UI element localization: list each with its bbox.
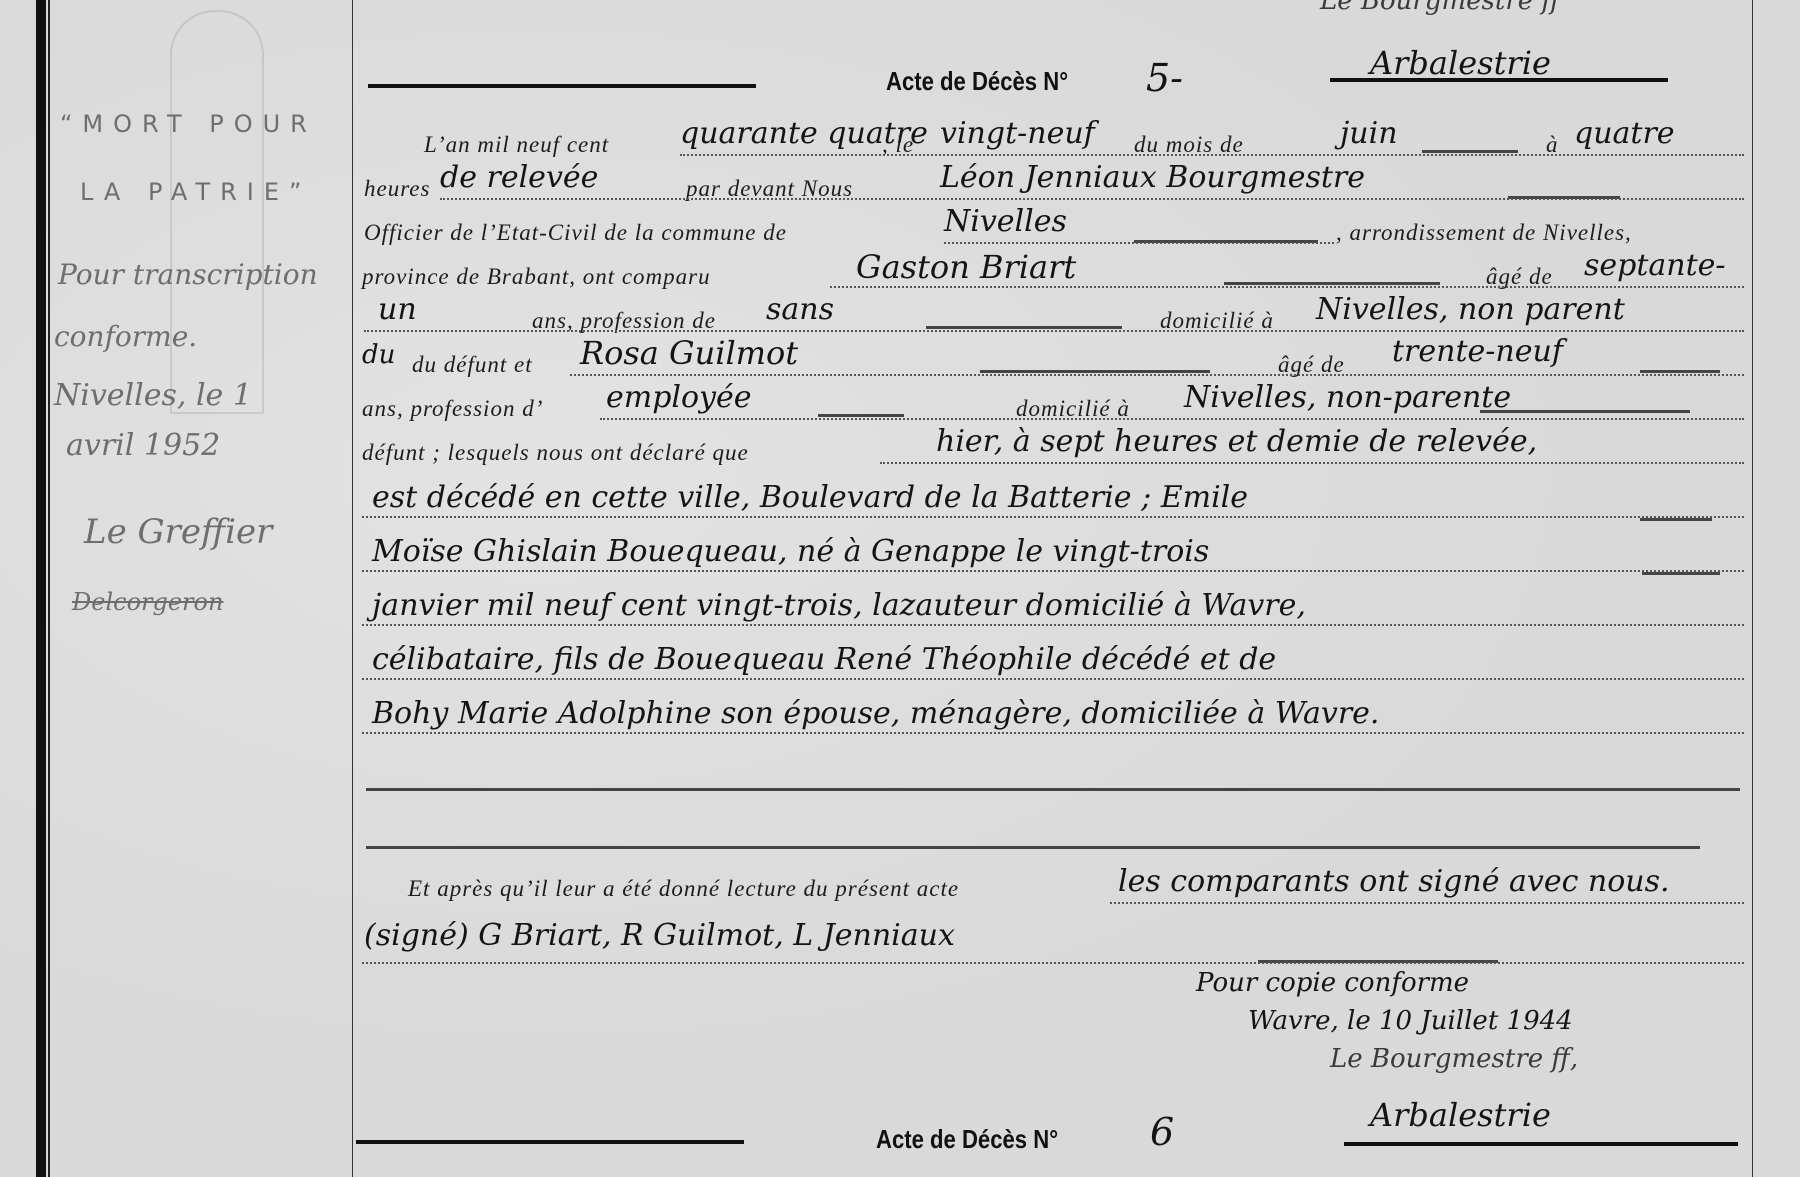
margin-line-6: avril 1952 [66,428,220,463]
printed-text: , arrondissement de Nivelles, [1336,220,1632,246]
margin-line-1: “MORT POUR [60,110,317,138]
margin-line-2: LA PATRIE” [80,178,311,206]
declarant1-domicile-handwritten: Nivelles, non parent [1316,292,1625,327]
next-heading-rule-left [356,1140,744,1144]
printed-text: L’an mil neuf cent [424,132,609,158]
dotted-line [600,418,1744,420]
dotted-line [1110,902,1744,904]
margin-line-7: Le Greffier [84,512,272,552]
dotted-line [362,570,1744,572]
body-line-4: célibataire, fils de Bouequeau René Théo… [372,642,1276,677]
dotted-line [570,374,1744,376]
dotted-line [362,624,1744,626]
declarant1-age-handwritten: septante- [1584,248,1726,283]
act-heading: Acte de Décès N° [886,66,1068,97]
document-page: Le Bourgmestre ff Arbalestrie “MORT POUR… [0,0,1800,1177]
dotted-line [362,732,1744,734]
printed-text: province de Brabant, ont comparu [362,264,711,290]
du-handwritten: du [362,340,395,370]
officer-handwritten: Léon Jenniaux Bourgmestre [940,160,1365,195]
dotted-line [362,678,1744,680]
blank-rule [366,846,1700,849]
certification-line-3: Le Bourgmestre ff, [1330,1044,1578,1074]
dotted-line [944,242,1334,244]
declarant1-name-handwritten: Gaston Briart [856,248,1076,286]
signatures-line: (signé) G Briart, R Guilmot, L Jenniaux [364,918,955,953]
fill-rule [1642,572,1720,575]
margin-annotation: “MORT POUR LA PATRIE” Pour transcription… [50,0,352,1177]
declarant1-age-cont-handwritten: un [378,292,417,327]
dotted-line [362,962,1744,964]
fill-rule [1640,370,1720,373]
blank-rule [366,788,1740,791]
dotted-line [880,462,1744,464]
declarant1-profession-handwritten: sans [766,292,834,327]
hour-handwritten: quatre [1574,116,1675,151]
dotted-line [440,198,1744,200]
dotted-line [362,516,1744,518]
fill-rule [1640,518,1712,521]
printed-text: Officier de l’Etat-Civil de la commune d… [364,220,787,246]
body-line-2: Moïse Ghislain Bouequeau, né à Genappe l… [372,534,1209,569]
act-number: 5- [1146,56,1183,100]
signature-rule [1344,1142,1738,1146]
margin-line-5: Nivelles, le 1 [54,378,252,413]
margin-line-4: conforme. [54,320,197,353]
dotted-line [680,154,1744,156]
commune-handwritten: Nivelles [944,204,1067,239]
fill-rule [1224,282,1440,285]
prev-act-signature: Arbalestrie [1370,44,1551,82]
fill-rule [1422,150,1518,153]
closing-handwritten: les comparants ont signé avec nous. [1118,864,1670,899]
margin-line-3: Pour transcription [58,258,318,291]
declarant2-domicile-handwritten: Nivelles, non-parente [1184,380,1511,415]
fill-rule [980,370,1210,373]
closing-printed: Et après qu’il leur a été donné lecture … [408,876,959,902]
fill-rule [818,414,904,417]
right-margin-divider [1752,0,1753,1177]
declarant2-profession-handwritten: employée [606,380,752,415]
printed-text: ans, profession d’ [362,396,543,422]
declarant2-name-handwritten: Rosa Guilmot [580,334,798,372]
printed-text: heures [364,176,430,202]
printed-text: défunt ; lesquels nous ont déclaré que [362,440,749,466]
fill-rule [926,326,1122,329]
fill-rule [1480,410,1690,413]
day-handwritten: vingt-neuf [940,116,1095,151]
dotted-line [364,330,1744,332]
burgomaster-signature: Arbalestrie [1370,1096,1551,1134]
prev-act-title-signature: Le Bourgmestre ff [1320,0,1560,16]
binding-edge [36,0,46,1177]
next-act-heading: Acte de Décès N° [876,1124,1058,1155]
time-handwritten: de relevée [440,160,598,195]
body-line-1: est décédé en cette ville, Boulevard de … [372,480,1248,515]
declarant2-age-handwritten: trente-neuf [1392,334,1563,369]
margin-divider [352,0,353,1177]
body-line-5: Bohy Marie Adolphine son épouse, ménagèr… [372,696,1379,731]
next-act-number: 6 [1150,1110,1174,1154]
death-time-handwritten: hier, à sept heures et demie de relevée, [936,424,1537,459]
greffier-signature: Delcorgeron [72,588,223,616]
dotted-line [830,286,1744,288]
heading-rule-left [368,84,756,88]
prev-act-signature-rule [1330,78,1668,82]
certification-line-1: Pour copie conforme [1196,968,1469,998]
printed-text: du défunt et [412,352,533,378]
certification-line-2: Wavre, le 10 Juillet 1944 [1248,1006,1573,1036]
body-line-3: janvier mil neuf cent vingt-trois, lazau… [372,588,1306,623]
month-handwritten: juin [1340,116,1398,151]
